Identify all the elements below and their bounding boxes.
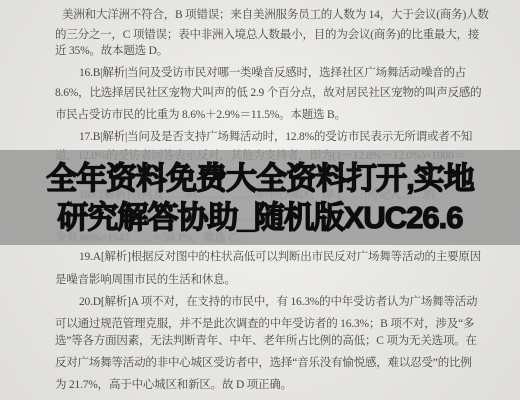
doc-line: 可以通过规范管理克服，并不是此次调查的中年受访者的 16.3%；B 项不对，涉及… — [55, 315, 474, 331]
watermark-ad-banner[interactable]: 全年资料免费大全资料打开,实地 研究解答协助_随机版XUC26.6 — [0, 150, 520, 245]
doc-line: 19.A[解析]根据反对图中的柱状高低可以判断出市民反对广场舞等活动的主要原因 — [79, 248, 481, 264]
doc-line: 20.D[解析]A 项不对，在支持的市民中，有 16.3%的中年受访者认为广场舞… — [79, 293, 477, 309]
doc-line: 是噪音影响周围市民的生活和休息。 — [55, 271, 236, 287]
scanned-document-page: 美洲和大洋洲不符合，B 项错误；来自美洲服务员工的人数为 14，大于会议(商务)… — [0, 0, 520, 400]
doc-line: 17.B|解析|当问及是否支持广场舞活动时，12.8%的受访市民表示无所谓或者不… — [79, 128, 472, 144]
watermark-line-1: 全年资料免费大全资料打开,实地 — [46, 159, 474, 198]
doc-line: 市民占受访市民的比重为 8.6%＋2.9%＝11.5%。本题选 B。 — [55, 106, 346, 122]
doc-line: 近 35%。故本题选 D。 — [55, 42, 168, 58]
doc-line: 16.B|解析|当问及受访市民对哪一类噪音反感时，选择社区广场舞活动噪音的占 — [79, 64, 466, 80]
watermark-line-2: 研究解答协助_随机版XUC26.6 — [57, 198, 462, 237]
doc-line: 选”等各方面因素，无法判断青年、中年、老年所占比例的高低；C 项为无关选项。在 — [55, 332, 477, 348]
doc-line: 反对广场舞等活动的非中心城区受访者中，选择“音乐没有愉悦感，难以忍受”的比例 — [55, 354, 472, 370]
doc-line: 美洲和大洋洲不符合，B 项错误；来自美洲服务员工的人数为 14，大于会议(商务)… — [62, 6, 489, 22]
doc-line: 8.6%，比选择居民社区宠物犬叫声的低 2.9 个百分点，故对居民社区宠物的叫声… — [55, 84, 481, 100]
doc-line: 为 21.7%，高于中心城区和新区。故 D 项正确。 — [55, 376, 292, 392]
doc-line: 的三分之一，C 项错误；表中非洲入境总人数最小，目的为会议(商务)的比重最大，接 — [55, 26, 479, 42]
